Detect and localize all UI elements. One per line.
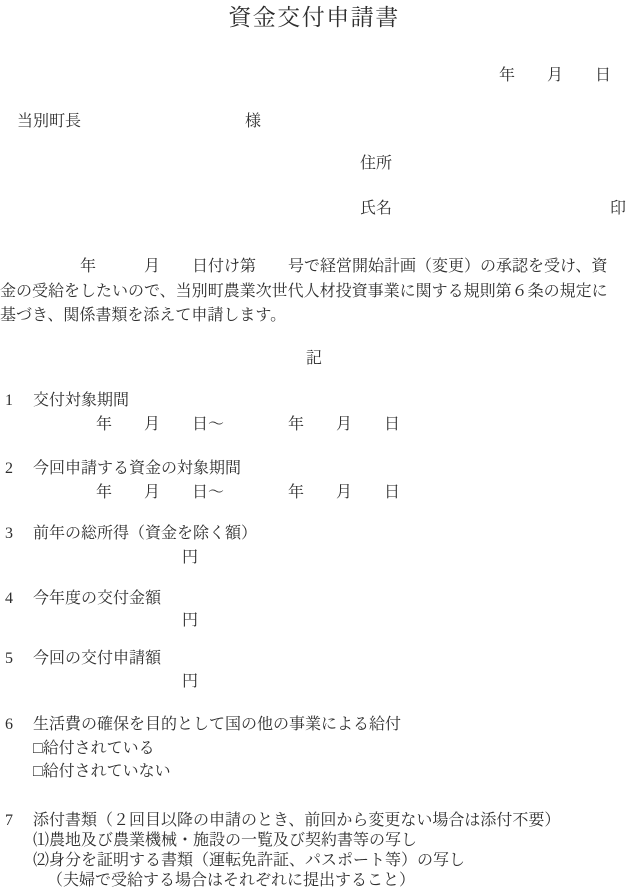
item-1-heading: 交付対象期間 xyxy=(33,391,129,410)
item-6-option-2[interactable]: □給付されていない xyxy=(33,762,171,781)
item-7-number: 7 xyxy=(5,811,13,830)
item-6-option-1-label: 給付されている xyxy=(43,740,155,757)
document-title: 資金交付申請書 xyxy=(0,4,628,32)
item-7-attachment-1: ⑴農地及び農業機械・施設の一覧及び契約書等の写し xyxy=(33,831,417,850)
item-2-number: 2 xyxy=(5,459,13,478)
checkbox-icon: □ xyxy=(33,740,43,757)
document-page: 資金交付申請書 年 月 日 当別町長 様 住所 氏名 印 年 月 日付け第 号で… xyxy=(0,0,628,888)
addressee-name: 当別町長 xyxy=(17,112,81,131)
item-4-unit-label: 円 xyxy=(182,611,198,630)
note-marker: 記 xyxy=(0,349,628,368)
item-4-heading: 今年度の交付金額 xyxy=(33,589,161,608)
checkbox-icon: □ xyxy=(33,763,43,780)
address-label: 住所 xyxy=(360,154,392,173)
item-3-heading: 前年の総所得（資金を除く額） xyxy=(33,524,257,543)
item-2-heading: 今回申請する資金の対象期間 xyxy=(33,459,241,478)
item-7-heading: 添付書類（２回目以降の申請のとき、前回から変更ない場合は添付不要） xyxy=(33,811,560,830)
item-3-number: 3 xyxy=(5,524,13,543)
item-6-heading: 生活費の確保を目的として国の他の事業による給付 xyxy=(33,715,401,734)
item-7-attachment-2-note: （夫婦で受給する場合はそれぞれに提出すること） xyxy=(47,871,415,888)
item-5-number: 5 xyxy=(5,649,13,668)
item-6-option-1[interactable]: □給付されている xyxy=(33,739,155,758)
item-5-unit-label: 円 xyxy=(182,672,198,691)
item-2-period: 年 月 日～ 年 月 日 xyxy=(0,483,400,502)
item-6-option-2-label: 給付されていない xyxy=(43,763,171,780)
name-label: 氏名 xyxy=(360,199,392,218)
application-paragraph: 年 月 日付け第 号で経営開始計画（変更）の承認を受け、資 金の受給をしたいので… xyxy=(0,255,628,329)
addressee-honorific: 様 xyxy=(245,112,261,131)
seal-label: 印 xyxy=(610,199,626,218)
item-5-heading: 今回の交付申請額 xyxy=(33,649,161,668)
item-6-number: 6 xyxy=(5,715,13,734)
item-3-unit-label: 円 xyxy=(182,548,198,567)
item-1-number: 1 xyxy=(5,391,13,410)
date-line: 年 月 日 xyxy=(499,66,611,85)
item-7-attachment-2: ⑵身分を証明する書類（運転免許証、パスポート等）の写し xyxy=(33,851,465,870)
item-1-period: 年 月 日～ 年 月 日 xyxy=(0,415,400,434)
item-4-number: 4 xyxy=(5,589,13,608)
